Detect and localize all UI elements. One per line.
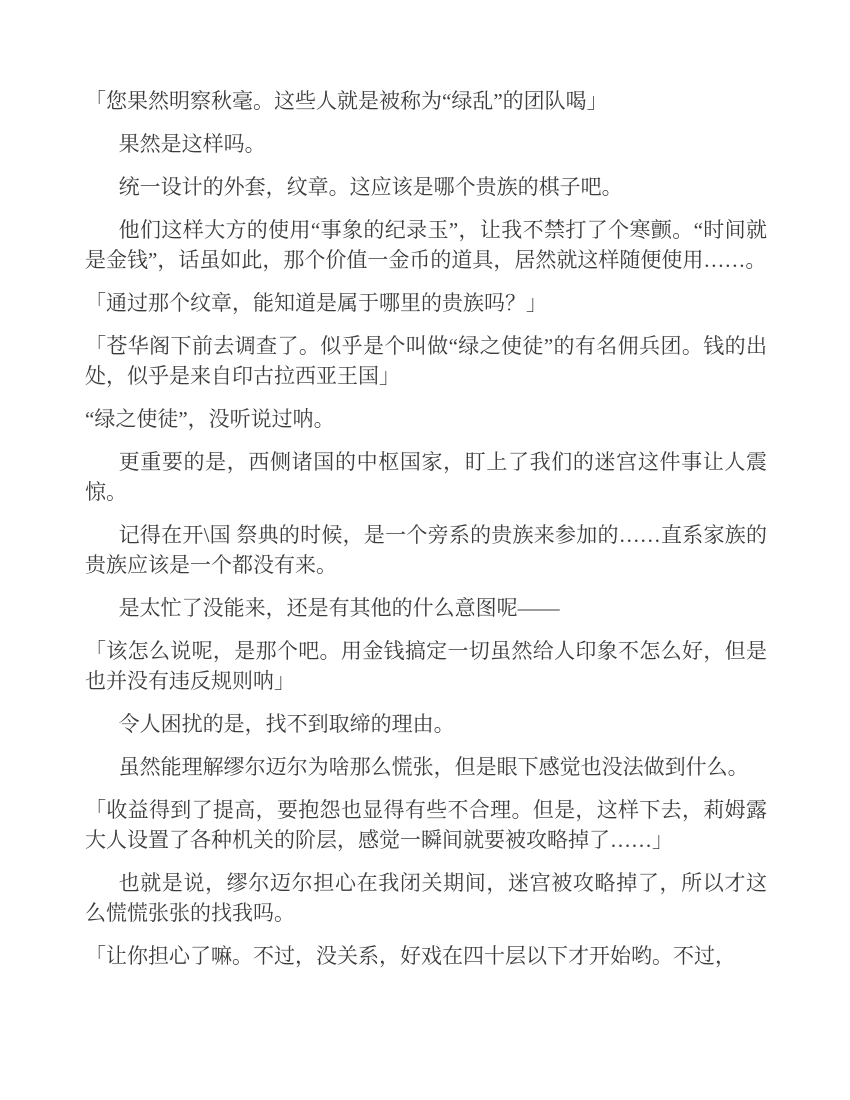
paragraph: 果然是这样吗。 [85,129,767,159]
paragraph: 「收益得到了提高，要抱怨也显得有些不合理。但是，这样下去，莉姆露大人设置了各种机… [85,795,767,855]
paragraph: 也就是说，缪尔迈尔担心在我闭关期间，迷宫被攻略掉了，所以才这么慌慌张张的找我吗。 [85,868,767,928]
paragraph: 他们这样大方的使用“事象的纪录玉”，让我不禁打了个寒颤。“时间就是金钱”，话虽如… [85,215,767,275]
novel-text-page: 「您果然明察秋毫。这些人就是被称为“绿乱”的团队喝」 果然是这样吗。 统一设计的… [85,86,767,984]
paragraph: 「通过那个纹章，能知道是属于哪里的贵族吗？」 [85,288,767,318]
paragraph: 记得在开\国 祭典的时候，是一个旁系的贵族来参加的……直系家族的贵族应该是一个都… [85,520,767,580]
paragraph: 虽然能理解缪尔迈尔为啥那么慌张，但是眼下感觉也没法做到什么。 [85,752,767,782]
paragraph: 「让你担心了嘛。不过，没关系，好戏在四十层以下才开始哟。不过， [85,941,767,971]
ebook-page: { "page": { "background_color": "#ffffff… [0,0,850,1100]
paragraph: 「该怎么说呢，是那个吧。用金钱搞定一切虽然给人印象不怎么好，但是也并没有违反规则… [85,636,767,696]
paragraph: 更重要的是，西侧诸国的中枢国家，盯上了我们的迷宫这件事让人震惊。 [85,447,767,507]
paragraph: “绿之使徒”，没听说过呐。 [85,404,767,434]
paragraph: 是太忙了没能来，还是有其他的什么意图呢—— [85,593,767,623]
paragraph: 统一设计的外套，纹章。这应该是哪个贵族的棋子吧。 [85,172,767,202]
paragraph: 「苍华阁下前去调查了。似乎是个叫做“绿之使徒”的有名佣兵团。钱的出处，似乎是来自… [85,331,767,391]
paragraph: 令人困扰的是，找不到取缔的理由。 [85,709,767,739]
paragraph: 「您果然明察秋毫。这些人就是被称为“绿乱”的团队喝」 [85,86,767,116]
